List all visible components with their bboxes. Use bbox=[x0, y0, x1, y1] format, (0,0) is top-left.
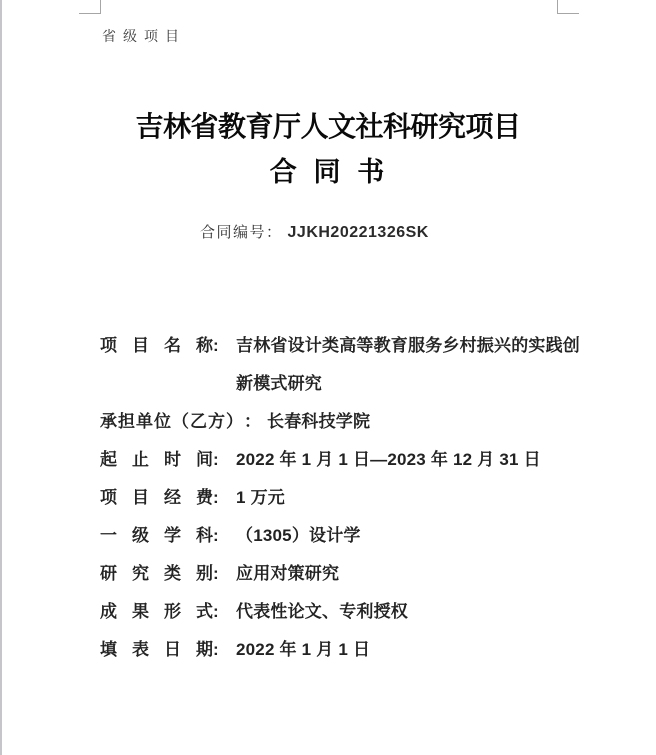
crop-mark-top-left bbox=[100, 0, 101, 14]
crop-mark-top-left bbox=[79, 13, 101, 14]
field-colon: : bbox=[213, 555, 227, 593]
field-value: 代表性论文、专利授权 bbox=[236, 593, 580, 631]
field-colon: ： bbox=[244, 403, 258, 441]
fields-list: 项目名称 : 吉林省设计类高等教育服务乡村振兴的实践创新模式研究 承担单位（乙方… bbox=[100, 327, 580, 669]
field-colon: : bbox=[213, 441, 227, 479]
contract-number-row: 合同编号： JJKH20221326SK bbox=[200, 221, 429, 242]
field-colon: : bbox=[213, 631, 227, 669]
field-row: 起止时间 : 2022 年 1 月 1 日—2023 年 12 月 31 日 bbox=[100, 441, 580, 479]
contract-number-label: 合同编号： bbox=[200, 221, 283, 242]
field-colon: : bbox=[213, 327, 227, 365]
field-label: 一级学科 bbox=[100, 517, 213, 555]
field-colon: : bbox=[213, 517, 227, 555]
field-value: 吉林省设计类高等教育服务乡村振兴的实践创新模式研究 bbox=[236, 327, 580, 403]
contract-cover-page: 省级项目 吉林省教育厅人文社科研究项目 合 同 书 合同编号： JJKH2022… bbox=[0, 0, 656, 755]
field-row: 项目经费 : 1 万元 bbox=[100, 479, 580, 517]
title-line-1: 吉林省教育厅人文社科研究项目 bbox=[0, 105, 656, 150]
field-colon: : bbox=[213, 479, 227, 517]
field-row: 项目名称 : 吉林省设计类高等教育服务乡村振兴的实践创新模式研究 bbox=[100, 327, 580, 403]
field-row: 成果形式 : 代表性论文、专利授权 bbox=[100, 593, 580, 631]
field-row: 填表日期 : 2022 年 1 月 1 日 bbox=[100, 631, 580, 669]
document-title: 吉林省教育厅人文社科研究项目 合 同 书 bbox=[0, 105, 656, 195]
crop-mark-top-right bbox=[557, 13, 579, 14]
crop-mark-top-right bbox=[557, 0, 558, 14]
field-value: 应用对策研究 bbox=[236, 555, 580, 593]
title-line-2: 合 同 书 bbox=[0, 150, 656, 195]
field-label: 研究类别 bbox=[100, 555, 213, 593]
field-row: 承担单位（乙方） ： 长春科技学院 bbox=[100, 403, 580, 441]
field-row: 一级学科 : （1305）设计学 bbox=[100, 517, 580, 555]
field-value: （1305）设计学 bbox=[236, 517, 580, 555]
field-value: 2022 年 1 月 1 日—2023 年 12 月 31 日 bbox=[236, 441, 580, 479]
project-level-label: 省级项目 bbox=[102, 26, 186, 46]
field-row: 研究类别 : 应用对策研究 bbox=[100, 555, 580, 593]
field-label: 填表日期 bbox=[100, 631, 213, 669]
field-label: 起止时间 bbox=[100, 441, 213, 479]
contract-number-value: JJKH20221326SK bbox=[288, 224, 429, 242]
field-value: 1 万元 bbox=[236, 479, 580, 517]
field-label: 项目经费 bbox=[100, 479, 213, 517]
field-label: 项目名称 bbox=[100, 327, 213, 365]
field-value: 长春科技学院 bbox=[267, 403, 580, 441]
field-label: 承担单位（乙方） bbox=[100, 403, 244, 441]
field-colon: : bbox=[213, 593, 227, 631]
field-label: 成果形式 bbox=[100, 593, 213, 631]
field-value: 2022 年 1 月 1 日 bbox=[236, 631, 580, 669]
